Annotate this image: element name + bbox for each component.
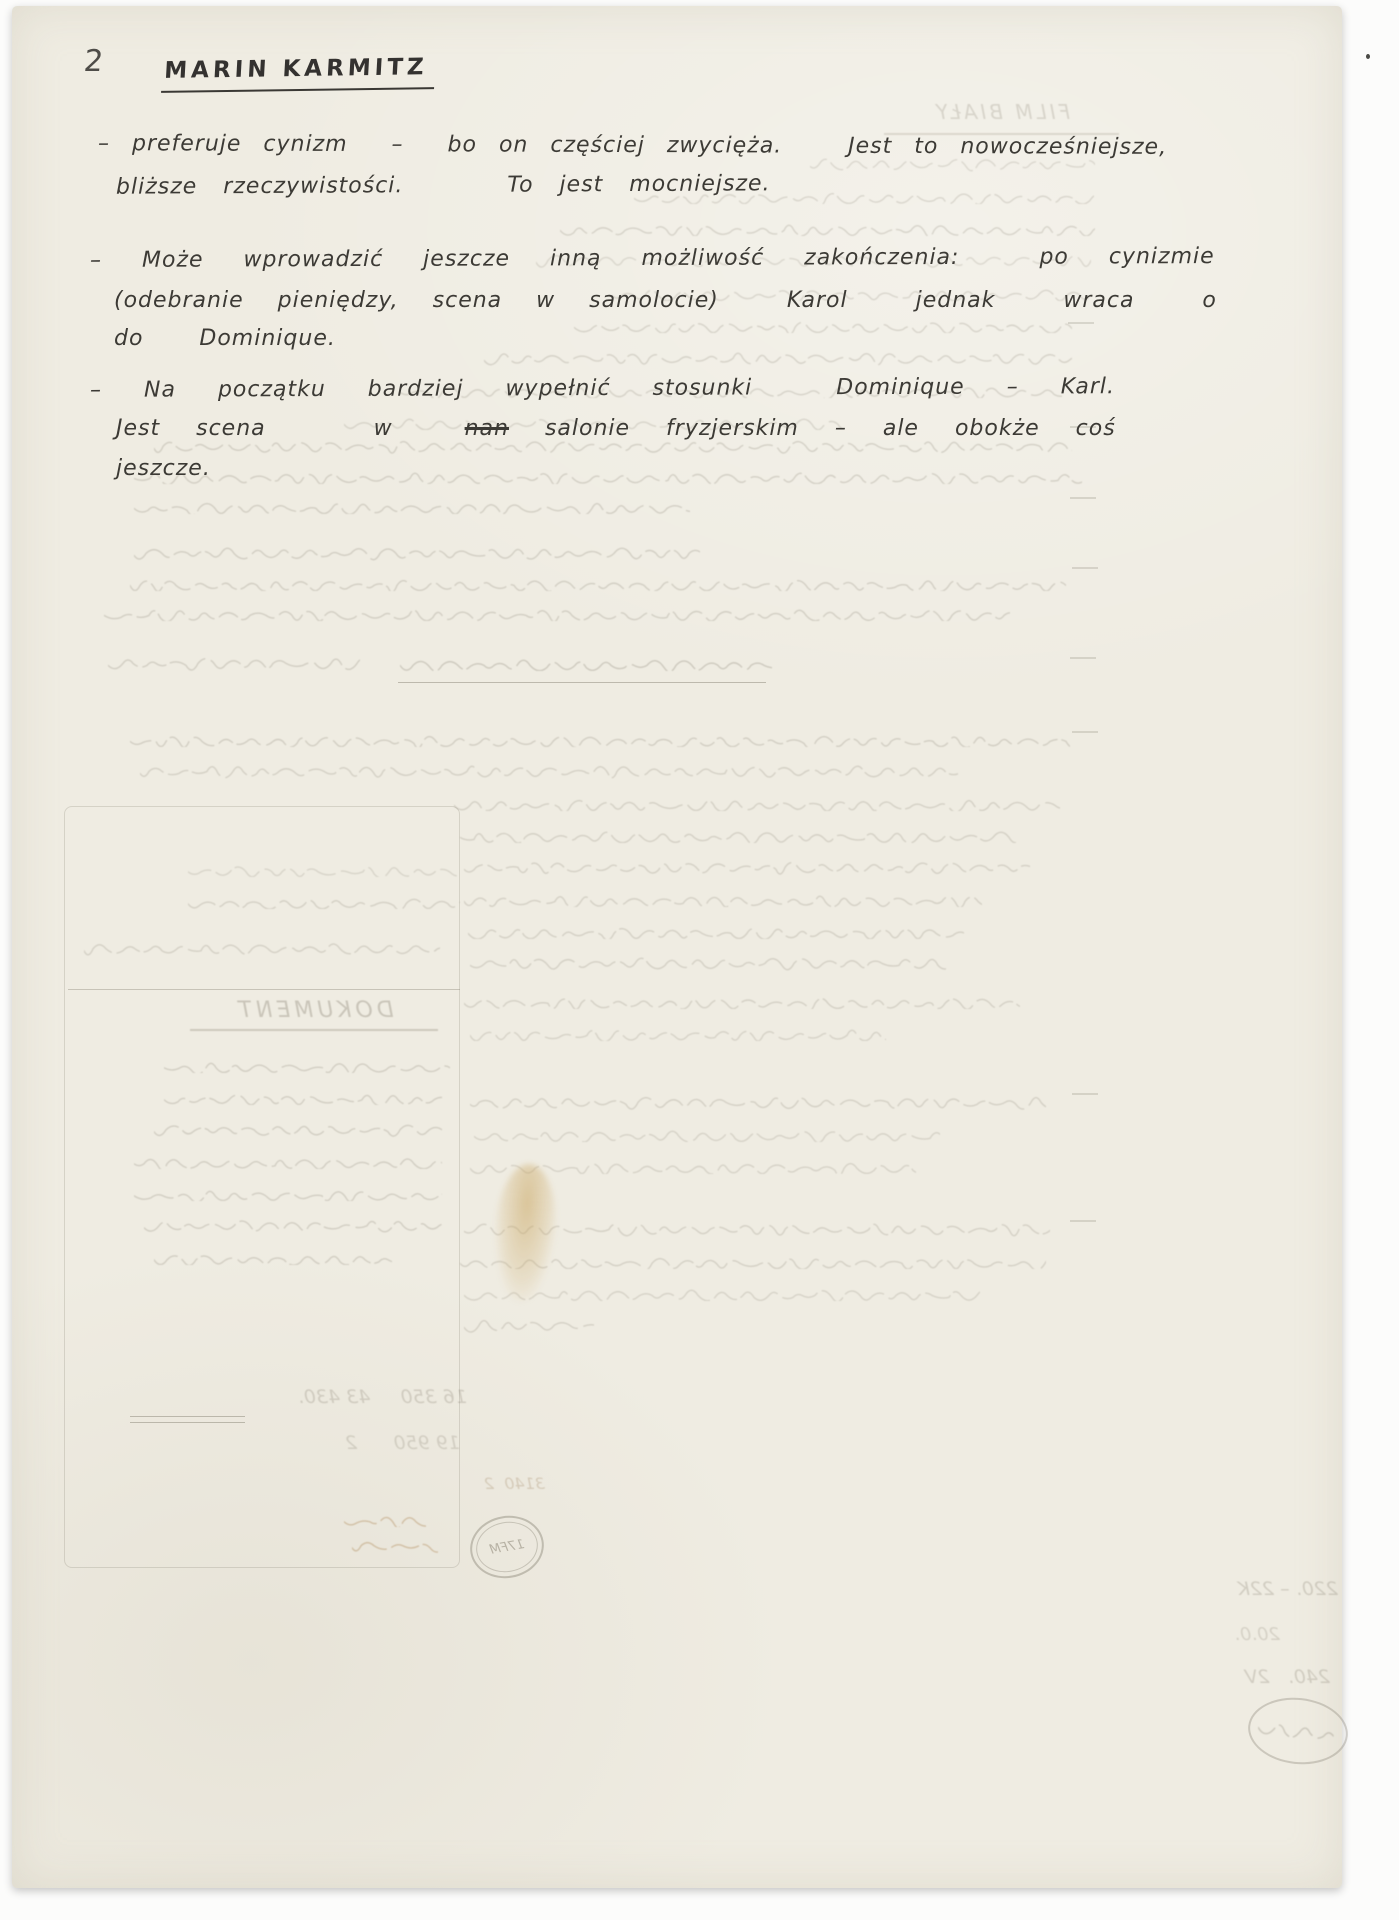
verso-bleedthrough-line — [140, 765, 958, 779]
verso-bleedthrough-dash — [1070, 497, 1096, 499]
verso-bleedthrough-line — [464, 893, 982, 907]
verso-bleedthrough-line — [474, 1128, 940, 1142]
handwritten-line-8: jeszcze. — [116, 456, 211, 481]
handwritten-line-2: bliższe rzeczywistości. To jest mocniejs… — [116, 171, 771, 199]
page-number: 2 — [82, 44, 105, 79]
handwritten-line-6: – Na początku bardziej wypełnić stosunki… — [90, 374, 1115, 403]
verso-bleedthrough-line — [464, 861, 1030, 875]
stain-mark — [489, 1162, 560, 1304]
scanned-page: FILM BIAŁY DOKUMENT — [0, 0, 1399, 1920]
verso-bleedthrough-line — [344, 1514, 426, 1527]
verso-bleedthrough-line — [574, 319, 1072, 333]
verso-underline — [398, 682, 766, 683]
verso-bleedthrough-line — [352, 1540, 438, 1553]
verso-bleedthrough-dash — [1068, 322, 1094, 324]
verso-bleedthrough-line — [154, 1124, 442, 1137]
verso-bleedthrough-dash — [1072, 731, 1098, 733]
verso-bleedthrough-line — [464, 1287, 980, 1301]
verso-bleedthrough-line — [130, 733, 1070, 747]
verso-amount-note: 3140 2 — [440, 1474, 545, 1493]
verso-bleedthrough-line — [104, 607, 1010, 621]
verso-bleedthrough-line — [154, 440, 1072, 454]
line-7-segment: salonie fryzjerskim – ale obokże coś — [509, 416, 1116, 441]
verso-bleedthrough-line — [154, 1252, 392, 1265]
verso-bleedthrough-line — [164, 1060, 450, 1073]
handwritten-line-7: Jest scena w nan salonie fryzjerskim – a… — [116, 416, 1116, 441]
verso-bleedthrough-line — [470, 1096, 1046, 1110]
verso-bleedthrough-line — [464, 995, 1020, 1009]
verso-totals-line3: 240. 2V — [1172, 1666, 1330, 1688]
verso-bleedthrough-line — [400, 657, 772, 671]
verso-bleedthrough-line — [460, 829, 1016, 843]
paper-sheet: FILM BIAŁY DOKUMENT — [12, 6, 1342, 1888]
verso-amounts-line1: 16 350 43 430. — [117, 1386, 467, 1408]
verso-bleedthrough-line — [470, 1027, 886, 1041]
verso-bleedthrough-line — [134, 1188, 442, 1201]
verso-bleedthrough-line — [164, 1092, 442, 1105]
oval-stamp: 17FM — [465, 1510, 549, 1584]
verso-bleedthrough-line — [468, 925, 964, 939]
handwritten-line-4: (odebranie pieniędzy, scena w samolocie)… — [114, 288, 1217, 313]
oval-stamp-text: 17FM — [467, 1512, 546, 1581]
verso-bleedthrough-dash — [1072, 567, 1098, 569]
verso-bleedthrough-line — [470, 957, 946, 971]
verso-bleedthrough-line — [188, 864, 460, 877]
verso-bleedthrough-line — [484, 352, 1072, 366]
page-title: MARIN KARMITZ — [161, 54, 436, 93]
verso-bleedthrough-line — [134, 470, 1082, 484]
verso-bleedthrough-line — [144, 1220, 446, 1233]
verso-box-heading: DOKUMENT — [190, 998, 438, 1031]
handwritten-line-1: – preferuje cynizm – bo on częściej zwyc… — [98, 131, 1167, 160]
verso-bleedthrough-dash — [1072, 1093, 1098, 1095]
verso-bleedthrough-line — [454, 797, 1060, 811]
verso-rule — [68, 989, 460, 990]
verso-bleedthrough-line — [810, 158, 1095, 172]
verso-totals-line2: 20.0. — [1208, 1624, 1280, 1645]
circled-scribble — [1245, 1693, 1351, 1769]
verso-bleedthrough-line — [134, 547, 700, 561]
verso-amounts-line2: 19 950 2 — [170, 1432, 460, 1454]
verso-double-underline — [130, 1416, 245, 1423]
handwritten-line-5: do Dominique. — [114, 326, 336, 351]
verso-bleedthrough-dash — [1070, 1220, 1096, 1222]
verso-bleedthrough-line — [560, 222, 1095, 236]
verso-bleedthrough-dash — [1070, 657, 1096, 659]
verso-bleedthrough-line — [84, 943, 440, 956]
struck-word: nan — [465, 416, 509, 441]
verso-bleedthrough-line — [130, 577, 1066, 591]
verso-bleedthrough-line — [1257, 1718, 1334, 1742]
verso-bleedthrough-line — [134, 500, 690, 514]
verso-bleedthrough-line — [108, 657, 360, 671]
handwritten-line-3: – Może wprowadzić jeszcze inną możliwość… — [90, 244, 1215, 273]
dust-speck — [1366, 54, 1370, 59]
verso-bleedthrough-line — [464, 1319, 594, 1333]
verso-bleedthrough-line — [134, 1156, 442, 1169]
verso-totals-line1: 220. – 22K — [1198, 1578, 1338, 1600]
line-7-segment: Jest scena w — [116, 416, 465, 441]
verso-bleedthrough-line — [188, 896, 460, 909]
verso-heading: FILM BIAŁY — [884, 100, 1119, 135]
